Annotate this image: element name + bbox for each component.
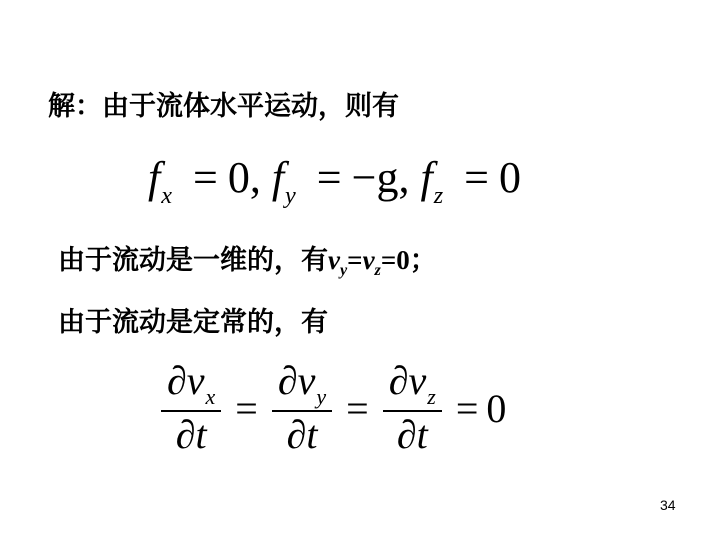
one-dimensional-flow-text: 由于流动是一维的，有vy=vz=0； [58,238,437,277]
partial-derivative-equation: ∂vx ∂t = ∂vy ∂t = ∂vz ∂t = 0 [155,358,506,458]
denominator: ∂t [281,412,324,458]
equals-sign: = [456,385,479,432]
numerator: ∂v [278,358,316,403]
equals-sign: = [346,385,369,432]
zero-semicolon: 0； [396,245,437,275]
f-symbol: f [148,153,160,202]
denominator: ∂t [170,412,213,458]
subscript-z: z [434,182,443,209]
zero: 0 [499,153,521,202]
line2-text: 由于流动是一维的，有 [58,245,328,276]
zero: 0 [228,153,250,202]
force-components-equation: fx =0, fy =−g, fz =0 [148,150,521,213]
f-symbol: f [272,153,284,202]
equals-sign: = [193,153,218,202]
velocity-equation: vy=vz=0； [328,245,437,275]
equals-sign: = [381,245,396,275]
subscript-y: y [340,261,347,279]
numerator: ∂v [167,358,205,403]
subscript-y: y [285,182,296,209]
v-symbol: v [363,245,375,275]
equals-sign: = [317,153,342,202]
numerator: ∂v [389,358,427,403]
subscript-x: x [161,182,172,209]
fraction-vy: ∂vy ∂t [272,358,332,458]
comma: , [250,153,261,202]
fraction-vz: ∂vz ∂t [383,358,442,458]
v-symbol: v [328,245,340,275]
equals-sign: = [464,153,489,202]
subscript-z: z [375,261,381,279]
page-number: 34 [660,497,676,513]
equals-sign: = [347,245,362,275]
subscript-z: z [427,384,436,409]
zero: 0 [486,385,506,432]
comma: , [398,153,409,202]
fraction-vx: ∂vx ∂t [161,358,221,458]
subscript-x: x [206,384,216,409]
solution-intro-text: 解：由于流体水平运动，则有 [48,84,399,123]
f-symbol: f [420,153,432,202]
steady-flow-text: 由于流动是定常的，有 [58,300,328,339]
subscript-y: y [316,384,326,409]
equals-sign: = [235,385,258,432]
denominator: ∂t [391,412,434,458]
negative-g: −g [352,153,399,202]
